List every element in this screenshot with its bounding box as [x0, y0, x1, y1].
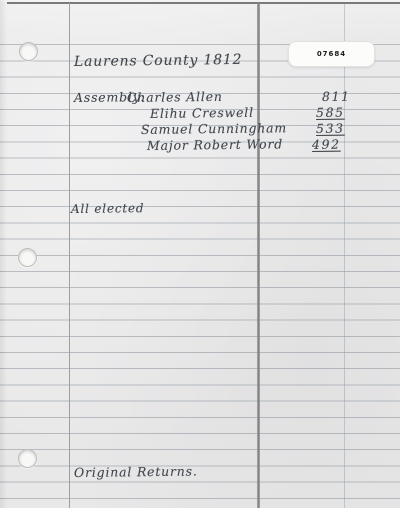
page-title: Laurens County 1812 [74, 52, 242, 70]
vote-count: 533 [316, 121, 345, 136]
catalog-number: 07684 [317, 50, 346, 58]
candidate-name: Charles Allen [127, 89, 223, 105]
vote-count: 585 [316, 105, 345, 120]
page-left-edge-shadow [0, 0, 7, 508]
source-note: Original Returns. [74, 463, 198, 480]
fold-line [257, 3, 260, 508]
page-top-edge [7, 2, 400, 4]
column-rule-line [344, 3, 345, 508]
vote-count: 811 [322, 89, 351, 104]
scanned-document-page: 07684 Laurens County 1812 Assembly: Char… [0, 0, 400, 508]
punch-hole-top [19, 42, 38, 61]
result-note: All elected [71, 201, 144, 216]
margin-rule-line [69, 3, 70, 508]
catalog-sticker: 07684 [288, 41, 375, 67]
candidate-name: Samuel Cunningham [141, 120, 287, 137]
candidate-name: Elihu Creswell [150, 105, 254, 121]
punch-hole-bottom [18, 449, 37, 468]
punch-hole-middle [18, 248, 37, 267]
candidate-name: Major Robert Word [147, 136, 283, 153]
vote-count: 492 [312, 137, 341, 152]
